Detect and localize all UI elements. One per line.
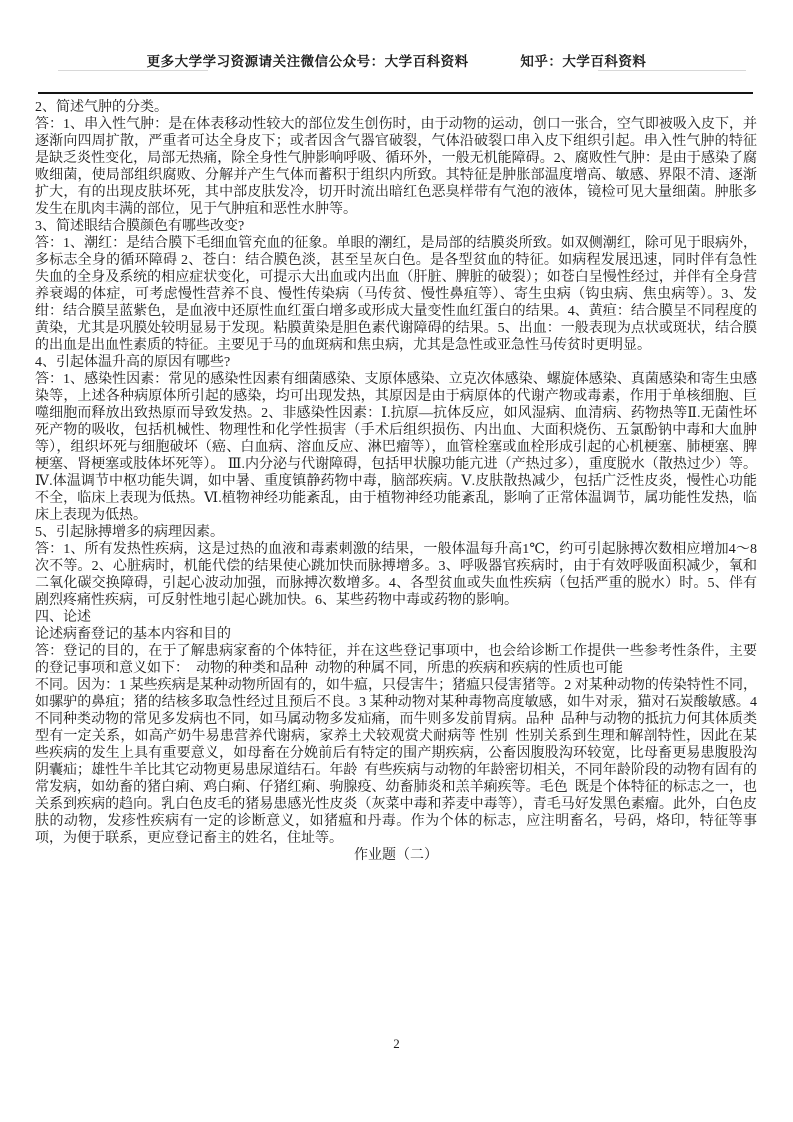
section-4-heading: 四、论述 (35, 609, 757, 626)
page-number: 2 (0, 1036, 793, 1052)
scan-artifact-right (598, 70, 746, 71)
essay-answer: 答：登记的目的，在于了解患病家畜的个体特征，并在这些登记事项中，也会给诊断工作提… (35, 643, 757, 847)
header-wechat-text: 更多大学学习资源请关注微信公众号：大学百科资料 (147, 54, 469, 69)
document-body: 2、简述气肿的分类。 答：1、串入性气肿：是在体表移动性较大的部位发生创伤时，由… (35, 99, 757, 864)
answer-3: 答：1、潮红：是结合膜下毛细血管充血的征象。单眼的潮红，是局部的结膜炎所致。如双… (35, 235, 757, 354)
question-5: 5、引起脉搏增多的病理因素。 (35, 524, 757, 541)
answer-2: 答：1、串入性气肿：是在体表移动性较大的部位发生创伤时，由于动物的运动，创口一张… (35, 116, 757, 218)
homework-section-title: 作业题（二） (35, 847, 757, 864)
question-3: 3、简述眼结合膜颜色有哪些改变? (35, 218, 757, 235)
header-zhihu-text: 知乎：大学百科资料 (520, 54, 646, 69)
answer-4: 答：1、感染性因素：常见的感染性因素有细菌感染、支原体感染、立克次体感染、螺旋体… (35, 371, 757, 524)
header-divider (38, 92, 753, 94)
question-4: 4、引起体温升高的原因有哪些? (35, 354, 757, 371)
question-2: 2、简述气肿的分类。 (35, 99, 757, 116)
answer-5: 答：1、所有发热性疾病，这是过热的血液和毒素刺激的结果，一般体温每升高1℃，约可… (35, 541, 757, 609)
document-page: 更多大学学习资源请关注微信公众号：大学百科资料 知乎：大学百科资料 2、简述气肿… (0, 0, 793, 1122)
essay-question: 论述病畜登记的基本内容和目的 (35, 626, 757, 643)
page-header: 更多大学学习资源请关注微信公众号：大学百科资料 知乎：大学百科资料 (38, 50, 755, 70)
scan-artifact-left (58, 70, 208, 71)
